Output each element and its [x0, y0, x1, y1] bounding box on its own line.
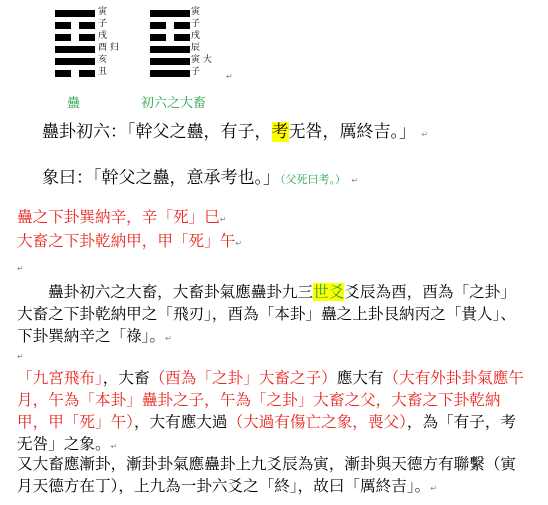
paragraph-mark: ↵ [235, 239, 242, 248]
line-label: 酉 归 [98, 43, 119, 54]
paragraph-mark: ↵ [421, 130, 428, 139]
red-text: （大過有傷亡之象，喪父） [228, 413, 407, 431]
line-label: 子 [191, 19, 200, 30]
line-label: 戌 [98, 31, 107, 42]
line-label: 子 [98, 19, 107, 30]
hexagram-caption-daxu: 初六之大畜 [141, 92, 206, 111]
para-text: 應大有 [337, 369, 384, 387]
line-label: 丑 [98, 67, 107, 78]
verse-text: 无咎，厲終吉。」 [289, 122, 417, 142]
highlighted-term: 世爻 [313, 283, 344, 301]
line-label: 亥 [98, 55, 107, 66]
verse-line-1: 蠱卦初六：「幹父之蠱，有子，考无咎，厲終吉。」 ↵ [42, 121, 428, 146]
paragraph-mark: ↵ [351, 176, 358, 185]
paragraph-mark: ↵ [111, 442, 118, 451]
hexagram-caption-gu: 蠱 [67, 92, 80, 111]
line-label: 寅 大 [191, 55, 212, 66]
paragraph-mark: ↵ [17, 438, 24, 447]
line-label: 辰 [191, 43, 200, 54]
para-text: ，大有應大過 [134, 413, 228, 431]
paragraph-mark: ↵ [220, 215, 227, 224]
paragraph-mark: ↵ [430, 484, 437, 493]
verse-line-2: 象曰：「幹父之蠱，意承考也。」（父死曰考。） ↵ [42, 167, 358, 192]
paragraph-mark: ↵ [17, 352, 24, 361]
line-label: 戌 [191, 31, 200, 42]
red-note-2: 大畜之下卦乾納甲，甲「死」午↵ [17, 230, 242, 255]
note-text: 蠱之下卦巽納辛，辛「死」巳 [17, 208, 220, 226]
note-text: 大畜之下卦乾納甲，甲「死」午 [17, 232, 235, 250]
line-label: 寅 [191, 7, 200, 18]
red-note-1: 蠱之下卦巽納辛，辛「死」巳↵ [17, 206, 226, 231]
annotation-note: （父死曰考。） [280, 173, 346, 186]
verse-text: 象曰：「幹父之蠱，意承考也。」 [42, 168, 280, 188]
line-label: 子 [191, 67, 200, 78]
para-text: ，大畜 [103, 369, 150, 387]
paragraph-mark: ↵ [226, 72, 233, 81]
paragraph-1: 蠱卦初六之大畜，大畜卦氣應蠱卦九三世爻爻辰為酉，酉為「之卦」大畜之下卦乾納甲之「… [17, 281, 531, 350]
verse-text: 蠱卦初六：「幹父之蠱，有子， [42, 122, 272, 142]
highlighted-character: 考 [272, 122, 289, 142]
paragraph-mark: ↵ [17, 264, 24, 273]
red-text: （酉為「之卦」大畜之子） [150, 369, 337, 387]
paragraph-mark: ↵ [165, 334, 172, 343]
red-text: 「九宮飛布」 [17, 369, 103, 387]
para-text: 蠱卦初六之大畜，大畜卦氣應蠱卦九三 [48, 283, 313, 301]
paragraph-2: 「九宮飛布」，大畜（酉為「之卦」大畜之子）應大有（大有外卦卦氣應午月，午為「本卦… [17, 367, 531, 458]
line-label: 寅 [98, 7, 107, 18]
para-text: 又大畜應漸卦，漸卦卦氣應蠱卦上九爻辰為寅，漸卦與天德方有聯繫（寅月天德方在丁），… [17, 455, 516, 495]
paragraph-3: 又大畜應漸卦，漸卦卦氣應蠱卦上九爻辰為寅，漸卦與天德方有聯繫（寅月天德方在丁），… [17, 453, 531, 500]
